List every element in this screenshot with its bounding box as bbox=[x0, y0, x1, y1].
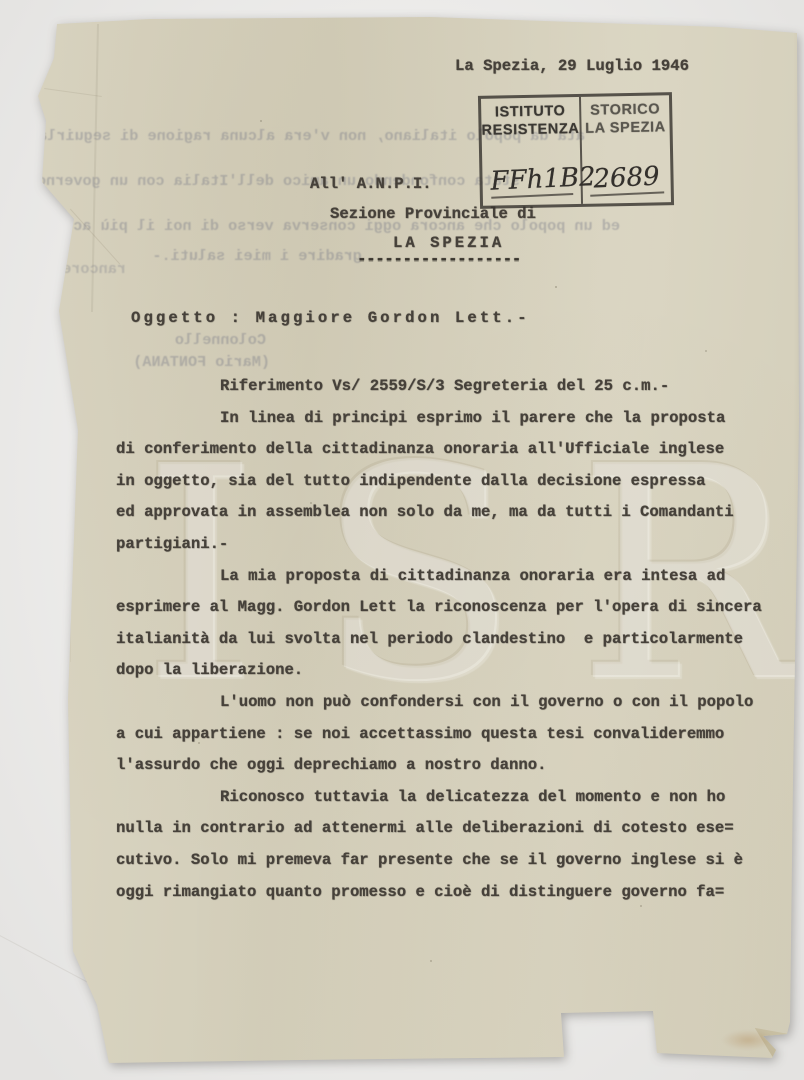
body-line: a cui appartiene : se noi accettassimo q… bbox=[116, 719, 776, 751]
recipient-org: All' A.N.P.I. bbox=[310, 175, 432, 193]
body-line: cutivo. Solo mi premeva far presente che… bbox=[116, 845, 776, 877]
paper-crease bbox=[91, 24, 99, 312]
bleed-through-text: Colonnello bbox=[170, 331, 266, 349]
paper-stain bbox=[722, 1030, 774, 1050]
scanned-letter: ISR ata da popolo italiano, non v'era al… bbox=[0, 0, 804, 1080]
date-line: La Spezia, 29 Luglio 1946 bbox=[455, 57, 689, 75]
stamp-handwritten-reference: FFh1B2 bbox=[490, 163, 574, 199]
paper-sheet-wrap: ISR ata da popolo italiano, non v'era al… bbox=[0, 0, 804, 1080]
recipient-city: LA SPEZIA bbox=[393, 234, 504, 252]
body-line: oggi rimangiato quanto promesso e cioè d… bbox=[116, 877, 776, 909]
paper-sheet: ISR ata da popolo italiano, non v'era al… bbox=[0, 0, 804, 1080]
stamp-title-line: STORICO bbox=[581, 100, 669, 120]
body-line: di conferimento della cittadinanza onora… bbox=[116, 434, 776, 466]
body-line: L'uomo non può confondersi con il govern… bbox=[220, 687, 776, 719]
body-line: italianità da lui svolta nel periodo cla… bbox=[116, 624, 776, 656]
paper-crease bbox=[44, 88, 102, 97]
body-line: partigiani.- bbox=[116, 529, 776, 561]
stamp-title: ISTITUTO RESISTENZA bbox=[481, 102, 580, 140]
stamp-title: STORICO LA SPEZIA bbox=[581, 100, 670, 138]
recipient-underline: ------------------ bbox=[357, 250, 521, 268]
body-line: ed approvata in assemblea non solo da me… bbox=[116, 497, 776, 529]
paper-crease bbox=[70, 412, 71, 662]
body-line: nulla in contrario ad attenermi alle del… bbox=[116, 813, 776, 845]
body-line: In linea di principi esprimo il parere c… bbox=[220, 403, 776, 435]
stamp-handwritten-number: 2689 bbox=[589, 161, 664, 196]
bleed-through-text: rancore. bbox=[46, 260, 126, 278]
bleed-through-text: ed un popolo che ancora oggi conserva ve… bbox=[40, 217, 620, 235]
body-line: l'assurdo che oggi deprechiamo a nostro … bbox=[116, 750, 776, 782]
bleed-through-text: (Mario FONTANA) bbox=[124, 353, 270, 371]
letter-body: Riferimento Vs/ 2559/S/3 Segreteria del … bbox=[116, 371, 776, 908]
bleed-through-text: gradire i miei saluti.- bbox=[150, 247, 362, 265]
archive-stamp: ISTITUTO RESISTENZA FFh1B2 STORICO LA SP… bbox=[478, 92, 674, 209]
body-line: Riferimento Vs/ 2559/S/3 Segreteria del … bbox=[220, 371, 776, 403]
paper-crease bbox=[70, 209, 120, 265]
archive-embossed-watermark: ISR bbox=[142, 428, 792, 723]
body-line: in oggetto, sia del tutto indipendente d… bbox=[116, 466, 776, 498]
stamp-title-line: ISTITUTO bbox=[481, 102, 579, 122]
stamp-cell-storico: STORICO LA SPEZIA 2689 bbox=[581, 95, 671, 204]
stamp-title-line: LA SPEZIA bbox=[581, 118, 669, 138]
folded-corner bbox=[754, 1026, 791, 1058]
bleed-through-text: stata confondendo un amico dell'Italia c… bbox=[40, 172, 520, 190]
stamp-cell-istituto: ISTITUTO RESISTENZA FFh1B2 bbox=[481, 97, 583, 206]
paper-specks bbox=[0, 0, 2, 2]
body-line: Riconosco tuttavia la delicatezza del mo… bbox=[220, 782, 776, 814]
body-line: esprimere al Magg. Gordon Lett la ricono… bbox=[116, 592, 776, 624]
recipient-section: Sezione Provinciale di bbox=[330, 205, 536, 223]
bleed-through-text: ata da popolo italiano, non v'era alcuna… bbox=[40, 127, 585, 145]
subject-line: Oggetto : Maggiore Gordon Lett.- bbox=[131, 309, 530, 327]
body-line: dopo la liberazione. bbox=[116, 655, 776, 687]
stamp-title-line: RESISTENZA bbox=[481, 120, 579, 140]
body-line: La mia proposta di cittadinanza onoraria… bbox=[220, 561, 776, 593]
